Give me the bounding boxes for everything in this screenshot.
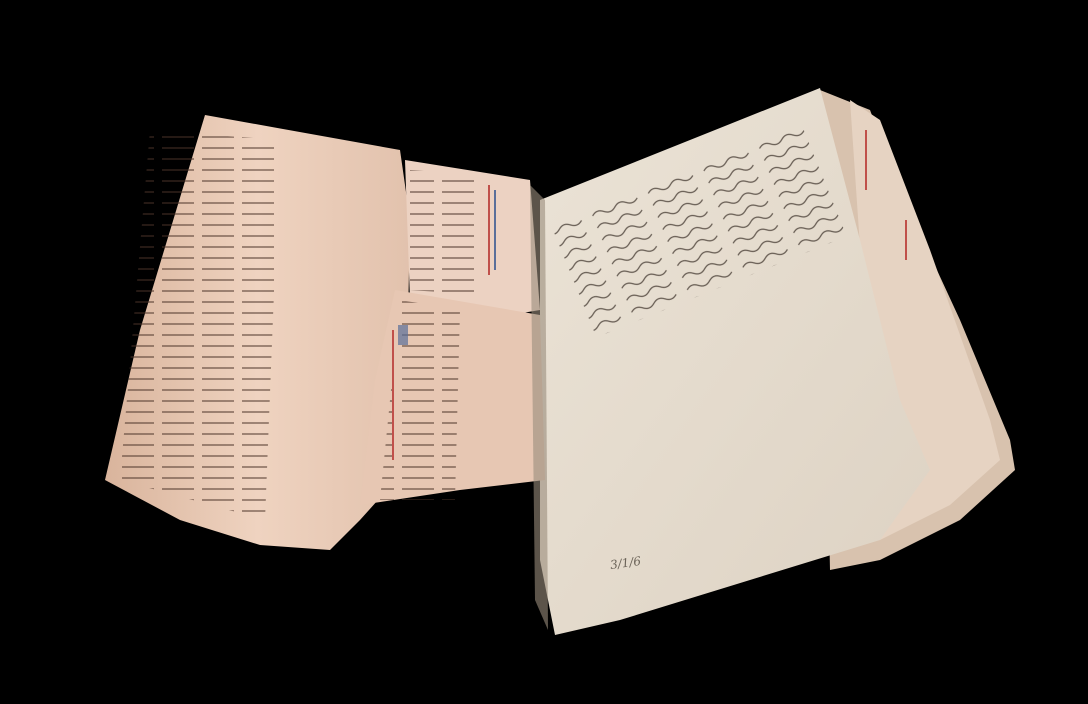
manuscript-illustration [0, 0, 1088, 704]
manuscript-photo [0, 0, 1088, 704]
